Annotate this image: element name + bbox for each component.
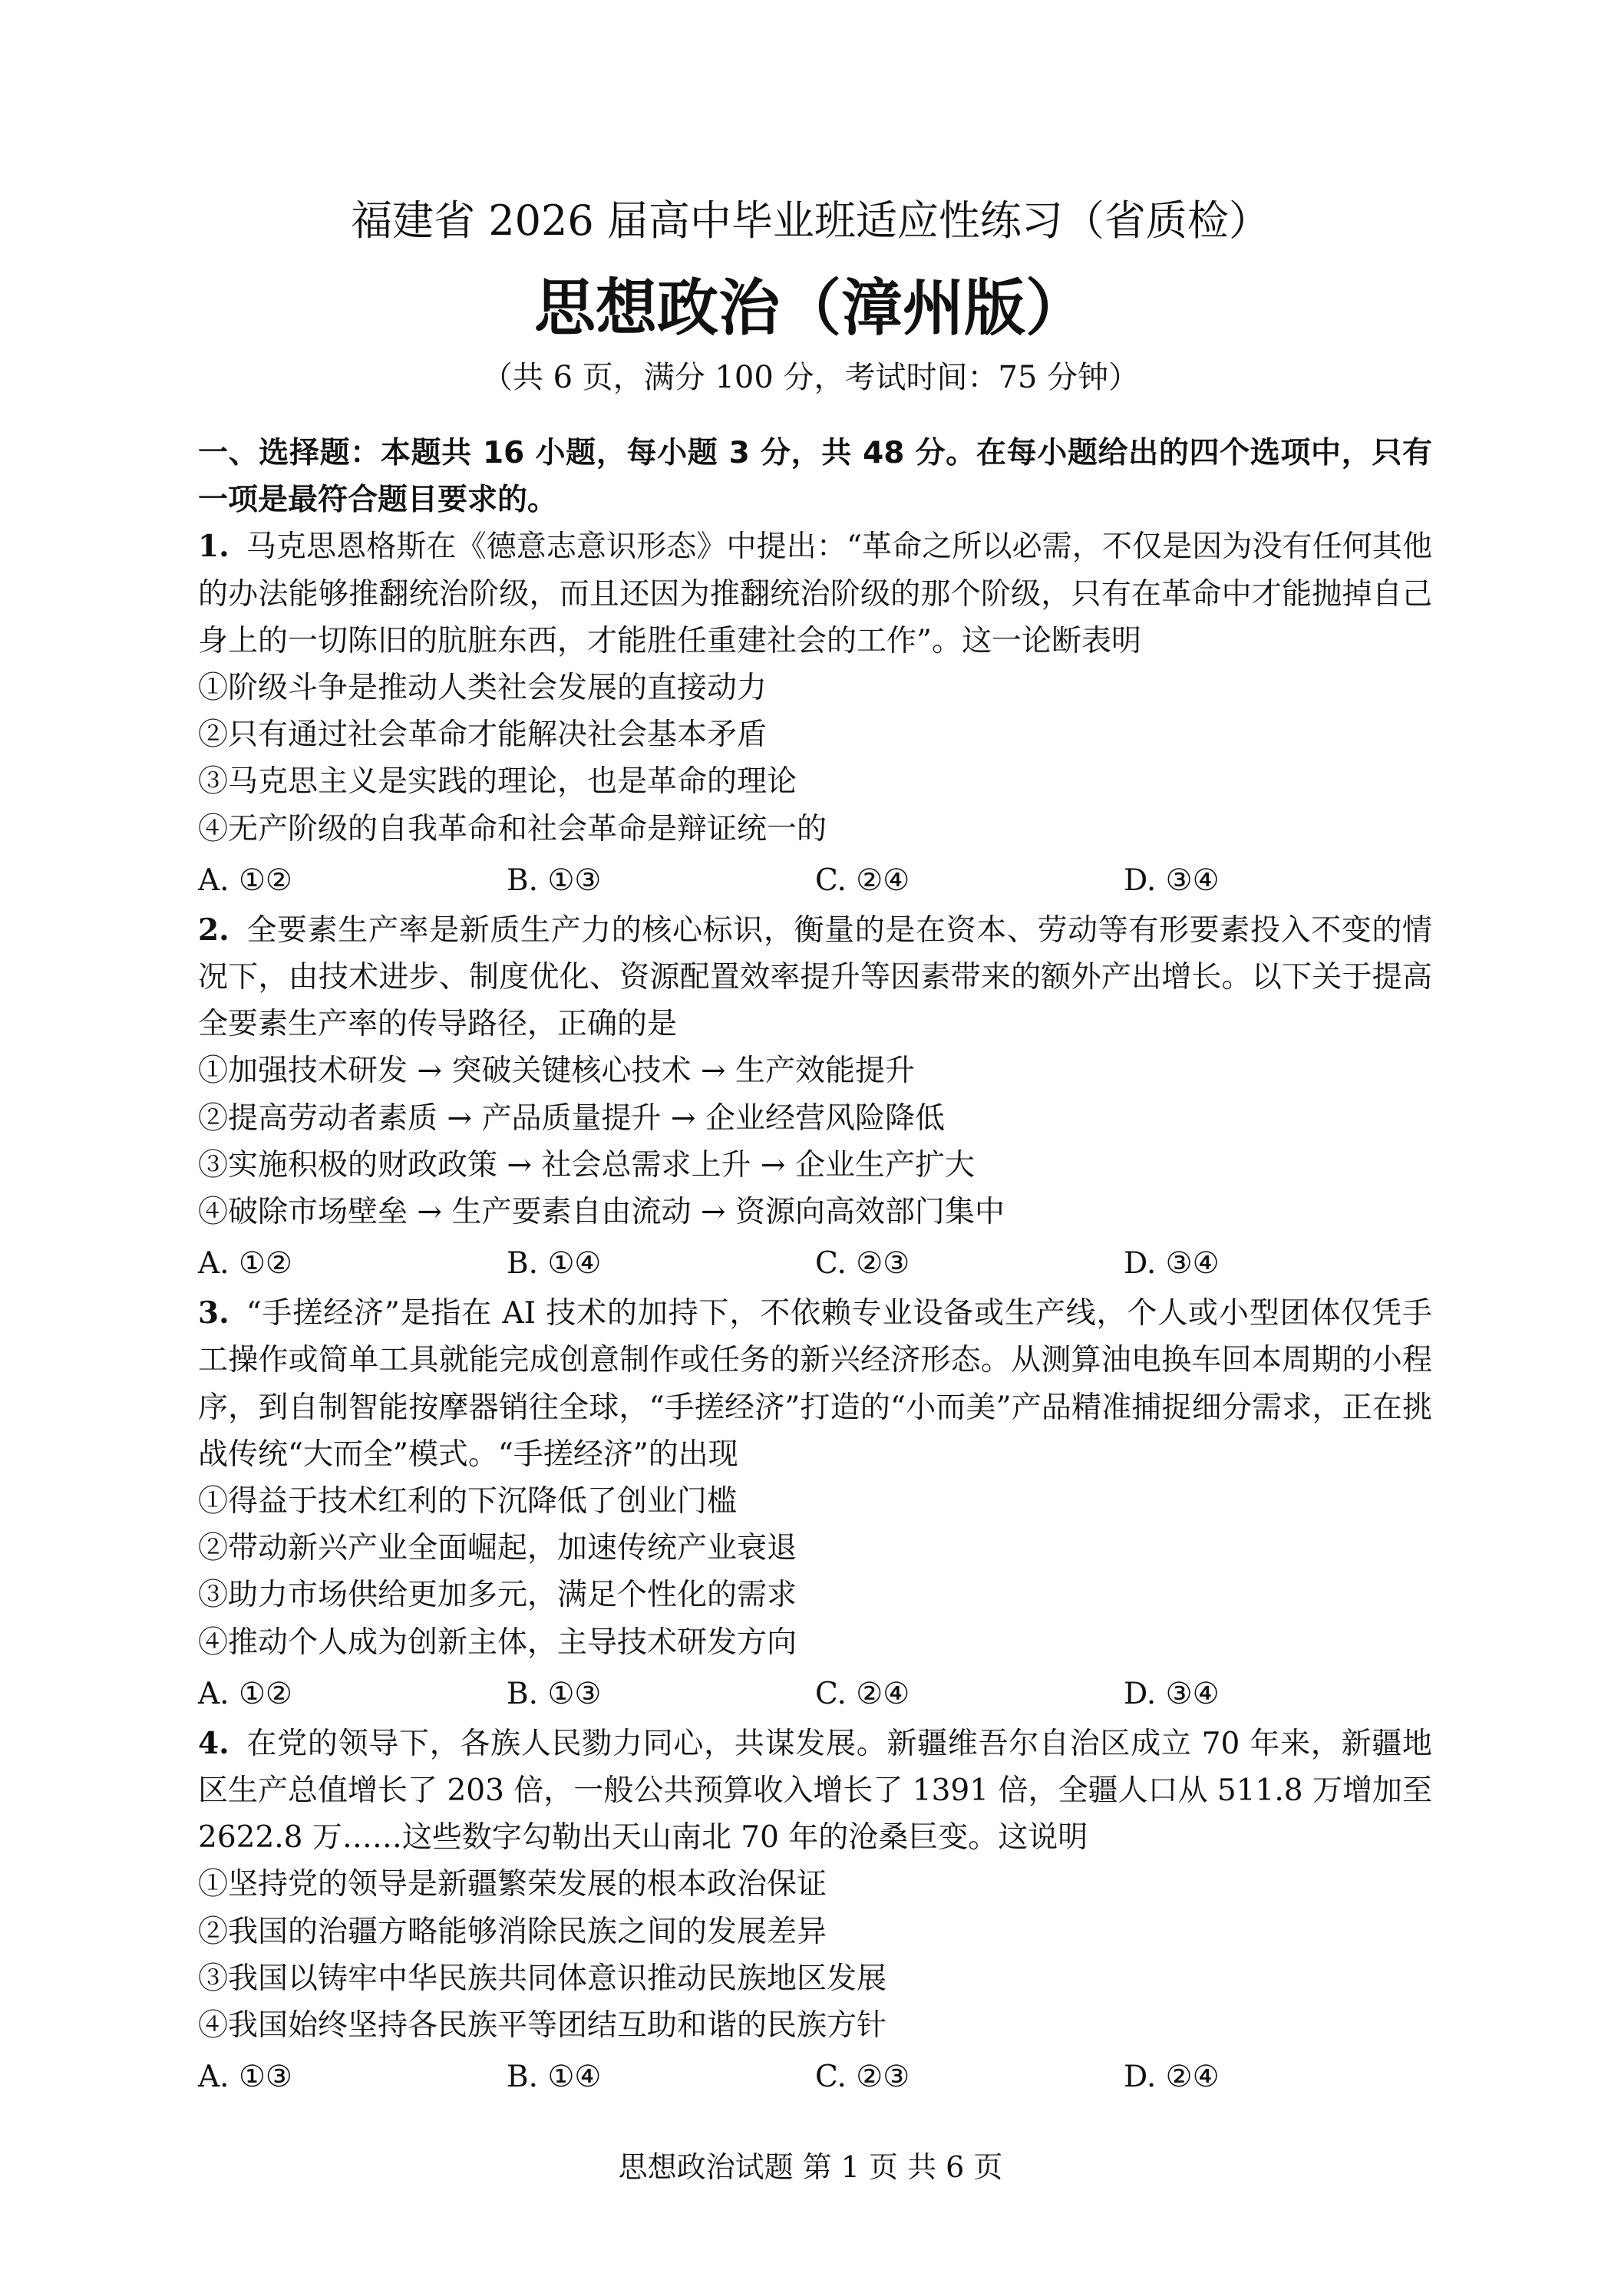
question-text: 在党的领导下，各族人民勠力同心，共谋发展。新疆维吾尔自治区成立 70 年来，新疆… xyxy=(198,1727,1432,1855)
statement-1: ①坚持党的领导是新疆繁荣发展的根本政治保证 xyxy=(198,1861,1432,1908)
option-c: C. ②④ xyxy=(815,857,1124,904)
subject-title: 思想政治（漳州版） xyxy=(0,270,1621,347)
question-stem: 2.全要素生产率是新质生产力的核心标识，衡量的是在资本、劳动等有形要素投入不变的… xyxy=(198,907,1432,1048)
option-c: C. ②③ xyxy=(815,2054,1124,2100)
option-d: D. ③④ xyxy=(1124,857,1432,904)
option-a: A. ①② xyxy=(198,1671,507,1717)
option-c: C. ②④ xyxy=(815,1671,1124,1717)
answer-options: A. ①③ B. ①④ C. ②③ D. ②④ xyxy=(198,2054,1432,2100)
option-a: A. ①② xyxy=(198,1240,507,1287)
option-b: B. ①④ xyxy=(507,2054,815,2100)
question-text: 马克思恩格斯在《德意志意识形态》中提出：“革命之所以必需，不仅是因为没有任何其他… xyxy=(198,529,1432,658)
question-1: 1.马克思恩格斯在《德意志意识形态》中提出：“革命之所以必需，不仅是因为没有任何… xyxy=(198,523,1432,903)
question-3: 3.“手搓经济”是指在 AI 技术的加持下，不依赖专业设备或生产线，个人或小型团… xyxy=(198,1290,1432,1717)
option-c: C. ②③ xyxy=(815,1240,1124,1287)
statement-4: ④无产阶级的自我革命和社会革命是辩证统一的 xyxy=(198,806,1432,853)
question-text: “手搓经济”是指在 AI 技术的加持下，不依赖专业设备或生产线，个人或小型团体仅… xyxy=(198,1296,1432,1472)
statement-1: ①加强技术研发 → 突破关键核心技术 → 生产效能提升 xyxy=(198,1047,1432,1094)
answer-options: A. ①② B. ①③ C. ②④ D. ③④ xyxy=(198,857,1432,904)
section-heading: 一、选择题：本题共 16 小题，每小题 3 分，共 48 分。在每小题给出的四个… xyxy=(198,430,1432,523)
exam-info: （共 6 页，满分 100 分，考试时间：75 分钟） xyxy=(0,355,1621,401)
option-d: D. ③④ xyxy=(1124,1240,1432,1287)
exam-name: 福建省 2026 届高中毕业班适应性练习（省质检） xyxy=(0,192,1621,250)
statement-2: ②提高劳动者素质 → 产品质量提升 → 企业经营风险降低 xyxy=(198,1095,1432,1142)
option-b: B. ①④ xyxy=(507,1240,815,1287)
question-stem: 4.在党的领导下，各族人民勠力同心，共谋发展。新疆维吾尔自治区成立 70 年来，… xyxy=(198,1720,1432,1862)
answer-options: A. ①② B. ①③ C. ②④ D. ③④ xyxy=(198,1671,1432,1717)
question-stem: 3.“手搓经济”是指在 AI 技术的加持下，不依赖专业设备或生产线，个人或小型团… xyxy=(198,1290,1432,1478)
statement-4: ④我国始终坚持各民族平等团结互助和谐的民族方针 xyxy=(198,2002,1432,2049)
exam-content: 一、选择题：本题共 16 小题，每小题 3 分，共 48 分。在每小题给出的四个… xyxy=(198,430,1432,2103)
statement-4: ④推动个人成为创新主体，主导技术研发方向 xyxy=(198,1619,1432,1666)
statement-3: ③助力市场供给更加多元，满足个性化的需求 xyxy=(198,1572,1432,1618)
question-4: 4.在党的领导下，各族人民勠力同心，共谋发展。新疆维吾尔自治区成立 70 年来，… xyxy=(198,1720,1432,2100)
statement-3: ③实施积极的财政政策 → 社会总需求上升 → 企业生产扩大 xyxy=(198,1142,1432,1189)
question-2: 2.全要素生产率是新质生产力的核心标识，衡量的是在资本、劳动等有形要素投入不变的… xyxy=(198,907,1432,1287)
exam-page: 福建省 2026 届高中毕业班适应性练习（省质检） 思想政治（漳州版） （共 6… xyxy=(0,0,1621,2296)
statement-1: ①得益于技术红利的下沉降低了创业门槛 xyxy=(198,1478,1432,1525)
statement-3: ③马克思主义是实践的理论，也是革命的理论 xyxy=(198,758,1432,805)
statement-4: ④破除市场壁垒 → 生产要素自由流动 → 资源向高效部门集中 xyxy=(198,1189,1432,1235)
statement-2: ②只有通过社会革命才能解决社会基本矛盾 xyxy=(198,711,1432,758)
question-number: 4. xyxy=(198,1726,229,1761)
statement-2: ②带动新兴产业全面崛起，加速传统产业衰退 xyxy=(198,1525,1432,1572)
page-footer: 思想政治试题 第 1 页 共 6 页 xyxy=(0,2146,1621,2189)
option-a: A. ①③ xyxy=(198,2054,507,2100)
answer-options: A. ①② B. ①④ C. ②③ D. ③④ xyxy=(198,1240,1432,1287)
question-number: 1. xyxy=(198,529,229,564)
question-text: 全要素生产率是新质生产力的核心标识，衡量的是在资本、劳动等有形要素投入不变的情况… xyxy=(198,913,1432,1041)
statement-1: ①阶级斗争是推动人类社会发展的直接动力 xyxy=(198,665,1432,711)
question-number: 2. xyxy=(198,912,229,948)
question-number: 3. xyxy=(198,1295,229,1331)
option-d: D. ②④ xyxy=(1124,2054,1432,2100)
option-a: A. ①② xyxy=(198,857,507,904)
option-b: B. ①③ xyxy=(507,1671,815,1717)
statement-2: ②我国的治疆方略能够消除民族之间的发展差异 xyxy=(198,1908,1432,1955)
option-b: B. ①③ xyxy=(507,857,815,904)
statement-3: ③我国以铸牢中华民族共同体意识推动民族地区发展 xyxy=(198,1955,1432,2002)
question-stem: 1.马克思恩格斯在《德意志意识形态》中提出：“革命之所以必需，不仅是因为没有任何… xyxy=(198,523,1432,665)
option-d: D. ③④ xyxy=(1124,1671,1432,1717)
